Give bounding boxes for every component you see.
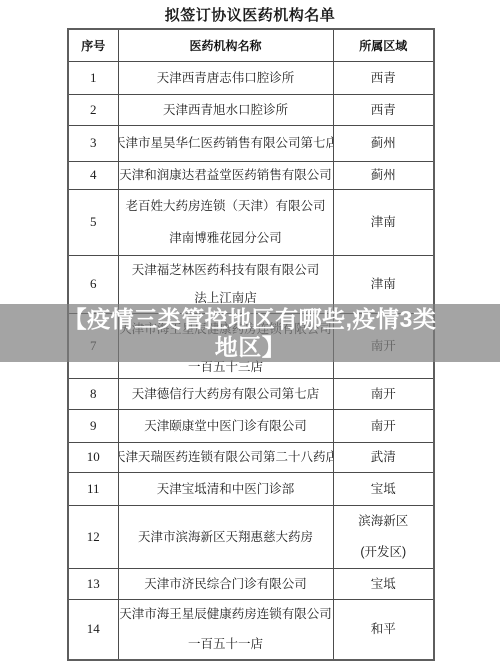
region-cell: 南开 [333,409,434,442]
row-number-cell: 2 [68,94,118,125]
no-text: 6 [90,277,97,291]
table-row: 1天津西青唐志伟口腔诊所西青 [68,61,434,94]
name-text: 天津市济民综合门诊有限公司 [144,577,307,591]
institution-name-cell: 天津颐康堂中医门诊有限公司 [118,409,333,442]
row-number-cell: 8 [68,378,118,409]
table-header-row: 序号 医药机构名称 所属区域 [68,29,434,61]
region-text: 宝坻 [371,482,396,496]
no-text: 9 [90,419,97,433]
header-cell-no: 序号 [68,29,118,61]
row-number-cell: 13 [68,568,118,599]
region-text: 和平 [371,622,396,636]
name-text: 天津福芝林医药科技有限有限公司 [132,263,320,277]
region-text: 津南 [371,215,396,229]
region-cell: 津南 [333,189,434,255]
row-number-cell: 4 [68,161,118,189]
table-row: 10天津天瑞医药连锁有限公司第二十八药店武清 [68,442,434,472]
region-cell: 和平 [333,599,434,660]
region-cell: 宝坻 [333,568,434,599]
name-text: 天津德信行大药房有限公司第七店 [132,387,320,401]
name-text: 天津和润康达君益堂医药销售有限公司 [119,168,332,182]
institution-name-cell: 老百姓大药房连锁（天津）有限公司津南博雅花园分公司 [118,189,333,255]
row-number-cell: 11 [68,472,118,505]
name-text: 天津市星昊华仁医药销售有限公司第七店 [118,136,333,150]
institution-name-cell: 天津西青旭水口腔诊所 [118,94,333,125]
no-text: 4 [90,168,97,182]
institution-name-cell: 天津德信行大药房有限公司第七店 [118,378,333,409]
table-row: 4天津和润康达君益堂医药销售有限公司蓟州 [68,161,434,189]
row-number-cell: 3 [68,125,118,161]
no-text: 11 [87,482,100,496]
header-cell-region: 所属区域 [333,29,434,61]
region-cell: 南开 [333,378,434,409]
watermark-text-line2: 地区】 [215,333,286,361]
name-text: 一百五十一店 [188,637,263,651]
institution-name-cell: 天津市海王星辰健康药房连锁有限公司一百五十一店 [118,599,333,660]
region-cell: 蓟州 [333,161,434,189]
table-row: 12天津市滨海新区天翔惠慈大药房滨海新区(开发区) [68,505,434,568]
institution-name-cell: 天津市济民综合门诊有限公司 [118,568,333,599]
row-number-cell: 12 [68,505,118,568]
name-text: 天津西青旭水口腔诊所 [163,103,288,117]
document-page: 拟签订协议医药机构名单 序号 医药机构名称 所属区域 1天津西青唐志伟口腔诊所西… [0,0,500,666]
institution-name-cell: 天津天瑞医药连锁有限公司第二十八药店 [118,442,333,472]
region-text: 南开 [371,419,396,433]
region-cell: 西青 [333,61,434,94]
name-text: 天津西青唐志伟口腔诊所 [157,71,295,85]
row-number-cell: 1 [68,61,118,94]
watermark-overlay: 【疫情三类管控地区有哪些,疫情3类 地区】 [0,304,500,362]
region-text: 武清 [371,450,396,464]
name-text: 津南博雅花园分公司 [169,231,282,245]
region-text: 滨海新区 [358,514,408,528]
region-text: 津南 [371,277,396,291]
name-text: 天津市滨海新区天翔惠慈大药房 [138,530,313,544]
document-title: 拟签订协议医药机构名单 [0,4,500,25]
institution-name-cell: 天津和润康达君益堂医药销售有限公司 [118,161,333,189]
region-cell: 滨海新区(开发区) [333,505,434,568]
institution-name-cell: 天津市星昊华仁医药销售有限公司第七店 [118,125,333,161]
no-text: 1 [90,71,97,85]
region-text: 西青 [371,103,396,117]
region-cell: 武清 [333,442,434,472]
institution-name-cell: 天津市滨海新区天翔惠慈大药房 [118,505,333,568]
no-text: 8 [90,387,97,401]
table-row: 2天津西青旭水口腔诊所西青 [68,94,434,125]
no-text: 10 [87,450,100,464]
region-text: (开发区) [360,545,406,559]
name-text: 老百姓大药房连锁（天津）有限公司 [125,199,325,213]
region-text: 南开 [371,387,396,401]
no-text: 5 [90,215,97,229]
no-text: 3 [90,136,97,150]
row-number-cell: 5 [68,189,118,255]
name-text: 天津市海王星辰健康药房连锁有限公司 [119,607,332,621]
no-text: 2 [90,103,97,117]
no-text: 12 [87,530,100,544]
table-row: 13天津市济民综合门诊有限公司宝坻 [68,568,434,599]
region-text: 蓟州 [371,168,396,182]
row-number-cell: 9 [68,409,118,442]
no-text: 14 [87,622,100,636]
region-text: 蓟州 [371,136,396,150]
name-text: 天津颐康堂中医门诊有限公司 [144,419,307,433]
row-number-cell: 10 [68,442,118,472]
institution-name-cell: 天津宝坻清和中医门诊部 [118,472,333,505]
institution-name-cell: 天津西青唐志伟口腔诊所 [118,61,333,94]
table-row: 3天津市星昊华仁医药销售有限公司第七店蓟州 [68,125,434,161]
name-text: 天津天瑞医药连锁有限公司第二十八药店 [118,450,333,464]
no-text: 13 [87,577,100,591]
table-row: 5老百姓大药房连锁（天津）有限公司津南博雅花园分公司津南 [68,189,434,255]
table-row: 9天津颐康堂中医门诊有限公司南开 [68,409,434,442]
region-cell: 蓟州 [333,125,434,161]
table-row: 14天津市海王星辰健康药房连锁有限公司一百五十一店和平 [68,599,434,660]
table-row: 11天津宝坻清和中医门诊部宝坻 [68,472,434,505]
region-text: 西青 [371,71,396,85]
watermark-text-line1: 【疫情三类管控地区有哪些,疫情3类 [64,305,437,333]
row-number-cell: 14 [68,599,118,660]
region-text: 宝坻 [371,577,396,591]
region-cell: 西青 [333,94,434,125]
header-cell-name: 医药机构名称 [118,29,333,61]
name-text: 天津宝坻清和中医门诊部 [157,482,295,496]
region-cell: 宝坻 [333,472,434,505]
table-row: 8天津德信行大药房有限公司第七店南开 [68,378,434,409]
